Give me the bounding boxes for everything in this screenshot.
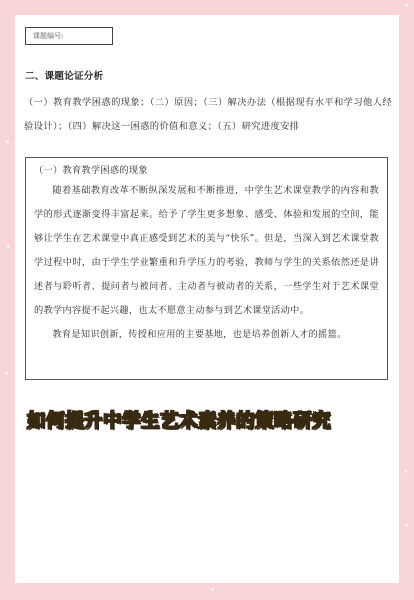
- document-page: 课题编号: 二、课题论证分析 （一）教育教学困惑的现象；（二）原因；（三）解决办…: [15, 15, 399, 583]
- section-heading: 二、课题论证分析: [25, 68, 103, 82]
- content-box: （一）教育教学困惑的现象 随着基础教育改革不断纵深发展和不断推进，中学生艺术课堂…: [25, 157, 388, 380]
- sparkle-decoration: [5, 372, 8, 375]
- sparkle-decoration: [211, 588, 214, 591]
- sparkle-decoration: [7, 245, 10, 248]
- project-id-field: 课题编号:: [25, 27, 113, 45]
- project-id-label: 课题编号:: [33, 32, 63, 40]
- box-paragraph: 教育是知识创新，传授和应用的主要基地，也是培养创新人才的摇篮。: [34, 323, 379, 347]
- sparkle-decoration: [405, 524, 408, 527]
- sparkle-decoration: [404, 470, 407, 473]
- box-body: 随着基础教育改革不断纵深发展和不断推进，中学生艺术课堂教学的内容和教学的形式逐渐…: [34, 179, 379, 347]
- sparkle-decoration: [6, 140, 9, 143]
- box-paragraph: 随着基础教育改革不断纵深发展和不断推进，中学生艺术课堂教学的内容和教学的形式逐渐…: [34, 179, 379, 323]
- banner-title: 如何提升中学生艺术素养的策略研究: [25, 407, 391, 433]
- section-intro: （一）教育教学困惑的现象；（二）原因；（三）解决办法（根据现有水平和学习他人经验…: [24, 91, 392, 139]
- sparkle-decoration: [405, 4, 408, 7]
- box-title: （一）教育教学困惑的现象: [34, 163, 379, 179]
